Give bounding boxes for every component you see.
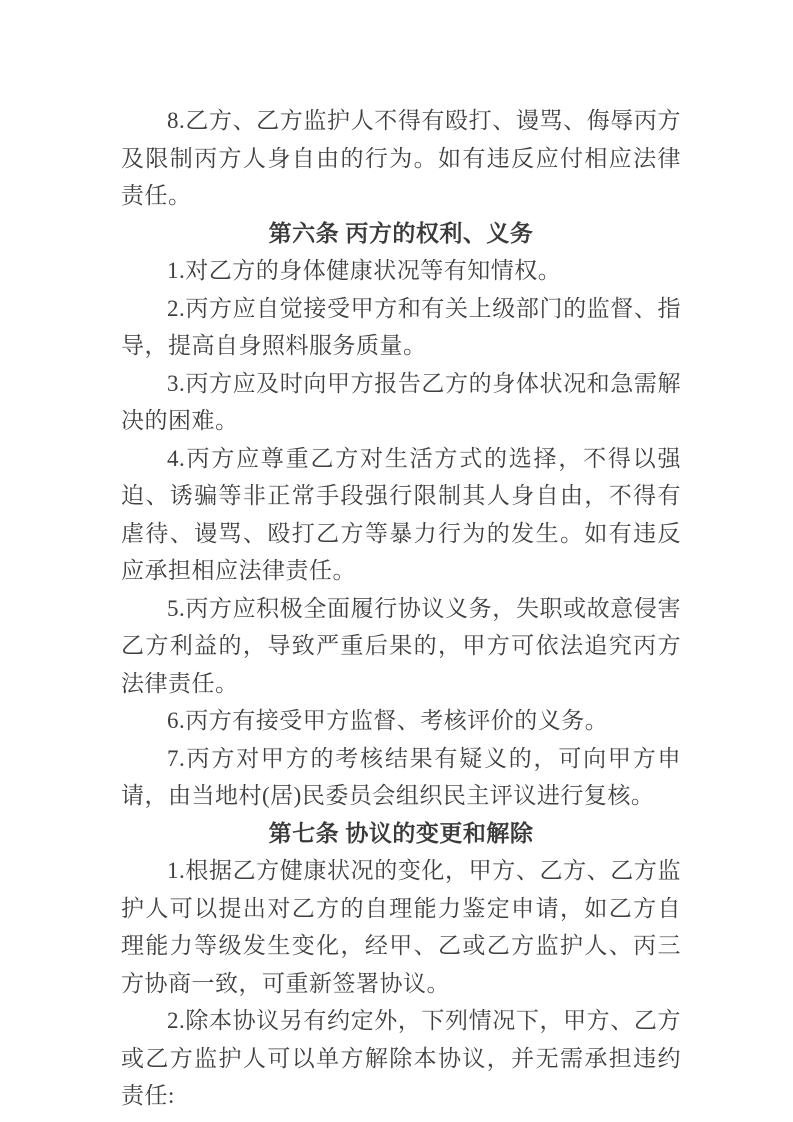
article-6-item-2: 2.丙方应自觉接受甲方和有关上级部门的监督、指导，提高自身照料服务质量。	[121, 290, 681, 365]
article-6-item-5: 5.丙方应积极全面履行协议义务，失职或故意侵害乙方利益的，导致严重后果的，甲方可…	[121, 590, 681, 703]
article-6-item-3: 3.丙方应及时向甲方报告乙方的身体状况和急需解决的困难。	[121, 365, 681, 440]
article-7-item-2: 2.除本协议另有约定外，下列情况下，甲方、乙方或乙方监护人可以单方解除本协议，并…	[121, 1002, 681, 1115]
article-7-item-1: 1.根据乙方健康状况的变化，甲方、乙方、乙方监护人可以提出对乙方的自理能力鉴定申…	[121, 852, 681, 1002]
article-6-heading: 第六条 丙方的权利、义务	[121, 215, 681, 253]
article-6-item-4: 4.丙方应尊重乙方对生活方式的选择，不得以强迫、诱骗等非正常手段强行限制其人身自…	[121, 440, 681, 590]
article-7-heading: 第七条 协议的变更和解除	[121, 815, 681, 853]
contract-text-block: 8.乙方、乙方监护人不得有殴打、谩骂、侮辱丙方及限制丙方人身自由的行为。如有违反…	[121, 102, 681, 1115]
article-6-item-1: 1.对乙方的身体健康状况等有知情权。	[121, 252, 681, 290]
prev-article-item-8: 8.乙方、乙方监护人不得有殴打、谩骂、侮辱丙方及限制丙方人身自由的行为。如有违反…	[121, 102, 681, 215]
article-6-item-7: 7.丙方对甲方的考核结果有疑义的，可向甲方申请，由当地村(居)民委员会组织民主评…	[121, 740, 681, 815]
article-6-item-6: 6.丙方有接受甲方监督、考核评价的义务。	[121, 702, 681, 740]
document-page: 8.乙方、乙方监护人不得有殴打、谩骂、侮辱丙方及限制丙方人身自由的行为。如有违反…	[0, 0, 793, 1122]
